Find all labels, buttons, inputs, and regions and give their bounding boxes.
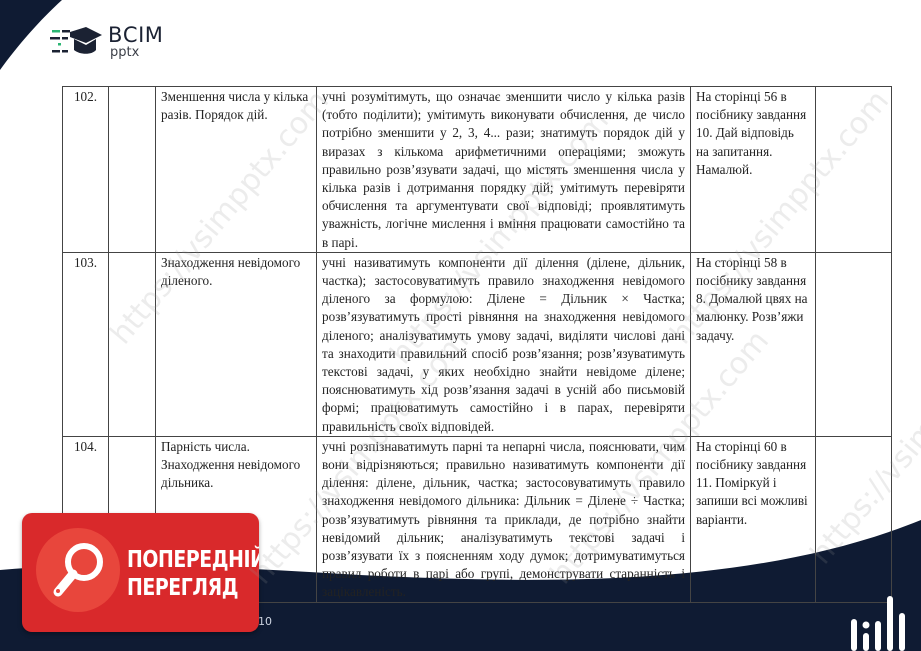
preview-line2: ПЕРЕГЛЯД [127,574,259,602]
bar-logo-icon [845,591,915,651]
homework: На сторінці 60 в посібнику завдання 11. … [691,436,816,602]
preview-badge-label: ПОПЕРЕДНІЙ ПЕРЕГЛЯД [127,546,259,602]
notes [816,87,892,253]
lesson-number: 103. [63,252,109,436]
graduation-cap-icon [48,24,104,60]
learning-outcomes: учні називатимуть компоненти дії ділення… [317,252,691,436]
magnifier-circle [36,528,120,612]
lesson-topic: Знаходження невідомого діленого. [156,252,317,436]
brand-title: ВСІМ [108,25,163,46]
homework: На сторінці 58 в посібнику завдання 8. Д… [691,252,816,436]
magnifier-icon [36,528,120,612]
learning-outcomes: учні розумітимуть, що означає зменшити ч… [317,87,691,253]
lesson-date [109,252,156,436]
lesson-topic: Зменшення числа у кілька разів. Порядок … [156,87,317,253]
lesson-number: 102. [63,87,109,253]
table-row: 103. Знаходження невідомого діленого. уч… [63,252,892,436]
notes [816,436,892,602]
brand-subtitle: pptx [110,46,163,59]
preview-badge[interactable]: ПОПЕРЕДНІЙ ПЕРЕГЛЯД [22,513,259,632]
learning-outcomes: учні розпізнаватимуть парні та непарні ч… [317,436,691,602]
table-row: 102. Зменшення числа у кілька разів. Пор… [63,87,892,253]
brand-logo: ВСІМ pptx [48,24,163,60]
notes [816,252,892,436]
preview-line1: ПОПЕРЕДНІЙ [127,546,259,574]
lesson-date [109,87,156,253]
homework: На сторінці 56 в посібнику завдання 10. … [691,87,816,253]
